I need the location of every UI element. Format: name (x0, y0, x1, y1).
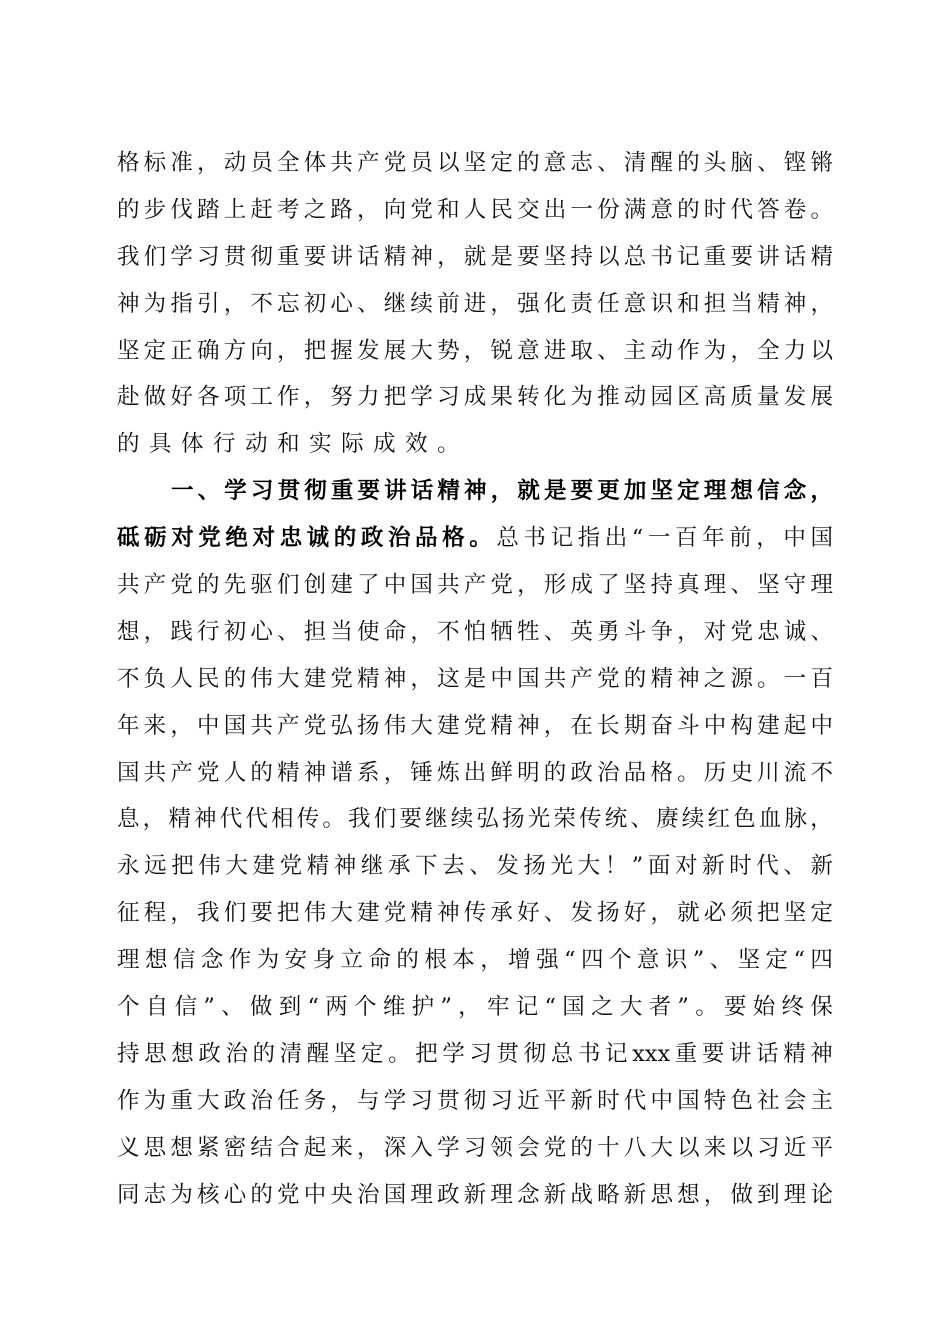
document-body: 格标准，动员全体共产党员以坚定的意志、清醒的头脑、铿锵 的步伐踏上赶考之路，向党… (117, 140, 833, 1218)
text-char: 醒 (307, 1031, 330, 1078)
text-char: 的 (250, 750, 273, 797)
text-char: 取 (570, 328, 593, 375)
text-char: 年 (702, 515, 725, 562)
text-char: 的 (117, 187, 140, 234)
text-char: 党 (304, 703, 327, 750)
text-char: 十 (597, 1125, 620, 1172)
text-char: 了 (597, 562, 620, 609)
text-char: 醒 (650, 140, 673, 187)
document-page: 格标准，动员全体共产党员以坚定的意志、清醒的头脑、铿锵 的步伐踏上赶考之路，向党… (0, 0, 950, 1344)
text-char: 流 (784, 750, 807, 797)
text-char: 上 (224, 187, 247, 234)
text-char: 政 (224, 1078, 247, 1125)
text-char: 前 (437, 281, 460, 328)
text-char: 识 (650, 281, 673, 328)
text-char: 力 (784, 328, 807, 375)
text-char: 重 (675, 1031, 698, 1078)
text-char: 我 (197, 890, 220, 937)
text-char: 同 (117, 1172, 140, 1219)
text-char: 指 (170, 281, 193, 328)
text-char: 续 (451, 796, 474, 843)
text-char: ， (491, 468, 514, 515)
text-char: 要 (399, 796, 422, 843)
text-char: 是 (544, 468, 567, 515)
text-char: 使 (357, 609, 380, 656)
text-char: 、 (198, 468, 221, 515)
text-char: 年 (117, 703, 140, 750)
text-char: 代 (730, 187, 753, 234)
text-char: 为 (170, 1172, 193, 1219)
text-char: 思 (144, 1031, 167, 1078)
text-char: 的 (624, 656, 647, 703)
text-char: 对 (704, 609, 727, 656)
text-char: 果 (490, 374, 513, 421)
text-char: 习 (197, 234, 220, 281)
text-char: 握 (330, 328, 353, 375)
text-char: 主 (810, 1078, 833, 1125)
text-char: 理 (117, 937, 140, 984)
text-char: 为 (257, 937, 280, 984)
text-char: 伟 (384, 703, 407, 750)
text-char: 更 (597, 468, 620, 515)
text-char: 指 (578, 515, 601, 562)
text-char: 是 (464, 656, 487, 703)
text-char: 铿 (784, 140, 807, 187)
text-char: 继 (384, 281, 407, 328)
text-char: 党 (597, 656, 620, 703)
text-char: 和 (677, 281, 700, 328)
text-char: 真 (677, 562, 700, 609)
text-line: 的具体行动和实际成效。 (117, 421, 833, 468)
text-char: 务 (304, 1078, 327, 1125)
text-char: 勇 (597, 609, 620, 656)
text-char: 与 (357, 1078, 380, 1125)
text-char: 近 (784, 1125, 807, 1172)
text-char: 责 (570, 281, 593, 328)
text-char: ， (330, 1078, 353, 1125)
text-char: 意 (650, 187, 673, 234)
text-char: 政 (198, 1031, 221, 1078)
text-char: 初 (304, 281, 327, 328)
text-char: 牲 (517, 609, 540, 656)
text-char: 一 (648, 515, 671, 562)
text-char: 政 (437, 1172, 460, 1219)
text-char: 绝 (225, 515, 248, 562)
text-char: ， (304, 374, 327, 421)
text-char: 理 (784, 1172, 807, 1219)
text-char: 答 (757, 187, 780, 234)
text-char: 大 (197, 1078, 220, 1125)
text-char: 国 (117, 750, 140, 797)
text-char: 讲 (729, 1031, 752, 1078)
text-char: 理 (490, 1172, 513, 1219)
text-char: 。 (469, 515, 492, 562)
text-char: 要 (571, 468, 594, 515)
text-char: ， (490, 281, 513, 328)
text-char: 来 (144, 703, 167, 750)
text-char: “ (632, 515, 644, 562)
text-char: 传 (297, 796, 320, 843)
text-char: 习 (437, 374, 460, 421)
text-char: 正 (170, 328, 193, 375)
text-char: 脑 (730, 140, 753, 187)
text-char: 征 (117, 890, 140, 937)
text-char: 时 (729, 843, 752, 890)
text-char: 任 (277, 1078, 300, 1125)
text-char: 卷 (784, 187, 807, 234)
text-char: 持 (117, 1031, 140, 1078)
text-char: 起 (304, 1125, 327, 1172)
text-char: 前 (729, 515, 752, 562)
text-char: 精 (357, 656, 380, 703)
text-char: 色 (730, 1078, 753, 1125)
text-char: 民 (197, 656, 220, 703)
text-char: 诚 (784, 609, 807, 656)
text-char: 行 (213, 421, 236, 468)
text-char: 四 (581, 937, 604, 984)
text-char: 体 (304, 140, 327, 187)
text-char: 中 (384, 562, 407, 609)
text-char: 学 (170, 234, 193, 281)
text-char: 根 (424, 937, 447, 984)
text-char: 想 (145, 937, 168, 984)
text-char: 效 (405, 421, 428, 468)
text-char: 想 (171, 1031, 194, 1078)
text-char: 动 (624, 374, 647, 421)
text-char: 弘 (476, 796, 499, 843)
text-char: 理 (410, 1172, 433, 1219)
text-char: “ (564, 937, 576, 984)
text-char: 出 (605, 515, 628, 562)
text-char: 锤 (410, 750, 433, 797)
text-char: 展 (810, 374, 833, 421)
text-line: 理想信念作为安身立命的根本，增强“四个意识”、坚定“四 (117, 937, 833, 984)
text-char: 英 (570, 609, 593, 656)
text-char: 密 (224, 1125, 247, 1172)
text-char: 成 (464, 374, 487, 421)
text-char: 把 (304, 328, 327, 375)
text-char: 意 (517, 328, 540, 375)
text-char: 、 (277, 609, 300, 656)
text-char: 神 (304, 750, 327, 797)
text-char: 就 (517, 468, 540, 515)
text-char: 工 (250, 374, 273, 421)
text-char: 砥 (117, 515, 140, 562)
text-char: 把 (171, 843, 194, 890)
text-char: 想 (677, 1172, 700, 1219)
text-char: 党 (384, 140, 407, 187)
text-char: 。 (322, 796, 345, 843)
text-char: 个 (354, 984, 377, 1031)
text-char: 荣 (553, 796, 576, 843)
text-char: ， (544, 703, 567, 750)
text-char: 党 (490, 562, 513, 609)
text-char: 记 (516, 984, 539, 1031)
text-char: 化 (544, 374, 567, 421)
text-char: 持 (650, 562, 673, 609)
text-char: 要 (517, 234, 540, 281)
text-char: 新 (570, 1078, 593, 1125)
text-char: 脉 (784, 796, 807, 843)
text-char: 党 (544, 1125, 567, 1172)
text-char: 做 (144, 374, 167, 421)
text-char: 作 (229, 937, 252, 984)
text-char: 实 (309, 421, 332, 468)
text-char: 志 (570, 140, 593, 187)
text-line: 共产党的先驱们创建了中国共产党，形成了坚持真理、坚守理 (117, 562, 833, 609)
text-char: 习 (251, 468, 274, 515)
text-char: 学 (437, 1125, 460, 1172)
text-char: 坚 (117, 328, 140, 375)
text-char: 、 (810, 609, 833, 656)
text-char: 初 (224, 609, 247, 656)
text-char: 话 (756, 1031, 779, 1078)
text-char: 息 (117, 796, 140, 843)
text-char: 者 (649, 984, 672, 1031)
text-char: 定 (144, 328, 167, 375)
text-char: 牺 (490, 609, 513, 656)
text-char: 神 (810, 1031, 833, 1078)
text-char: 特 (704, 1078, 727, 1125)
text-char: 学 (224, 468, 247, 515)
text-char: 不 (250, 281, 273, 328)
text-char: 向 (384, 187, 407, 234)
text-char: 先 (224, 562, 247, 609)
text-line: 想，践行初心、担当使命，不怕牺牲、英勇斗争，对党忠诚、 (117, 609, 833, 656)
text-char: 共 (250, 703, 273, 750)
text-char: 八 (624, 1125, 647, 1172)
text-char: 精 (650, 656, 673, 703)
text-char: 负 (144, 656, 167, 703)
text-char: 诚 (307, 515, 330, 562)
text-char: 党 (730, 609, 753, 656)
text-char: 赓 (656, 796, 679, 843)
text-char: 共 (544, 656, 567, 703)
text-char: 总 (496, 515, 519, 562)
text-char: 坚 (757, 562, 780, 609)
text-char: 坚 (334, 1031, 357, 1078)
text-char: 理 (704, 468, 727, 515)
text-char: 当 (330, 609, 353, 656)
text-char: 不 (437, 609, 460, 656)
text-char: 高 (704, 374, 727, 421)
text-char: 的 (334, 515, 357, 562)
text-char: 转 (517, 374, 540, 421)
text-char: 赴 (117, 374, 140, 421)
text-char: 统 (605, 796, 628, 843)
text-char: 的 (677, 140, 700, 187)
text-char: 、 (544, 609, 567, 656)
text-char: 形 (544, 562, 567, 609)
text-char: 永 (117, 843, 140, 890)
text-char: 扬 (357, 703, 380, 750)
text-char: 念 (517, 1172, 540, 1219)
text-char: 定 (677, 468, 700, 515)
text-char: 忠 (757, 609, 780, 656)
text-char: 构 (730, 703, 753, 750)
text-char: 党 (280, 843, 303, 890)
text-char: 精 (490, 703, 513, 750)
text-char: 员 (250, 140, 273, 187)
text-char: 党 (410, 187, 433, 234)
text-char: 史 (730, 750, 753, 797)
text-char: 。 (695, 984, 718, 1031)
text-char: 动 (245, 421, 268, 468)
text-char: ， (810, 468, 833, 515)
text-char: 神 (517, 703, 540, 750)
text-char: 产 (170, 750, 193, 797)
text-char: 好 (624, 890, 647, 937)
text-char: 确 (197, 328, 220, 375)
text-char: 新 (702, 843, 725, 890)
text-char: 作 (277, 374, 300, 421)
text-char: 就 (464, 234, 487, 281)
text-char: 坚 (544, 234, 567, 281)
text-char: 新 (810, 843, 833, 890)
text-char: ， (170, 703, 193, 750)
text-char: 政 (570, 750, 593, 797)
text-char: ， (458, 984, 481, 1031)
text-char: 人 (464, 187, 487, 234)
text-char: 成 (373, 421, 396, 468)
text-char: 安 (285, 937, 308, 984)
text-char: 行 (197, 609, 220, 656)
text-char: 深 (384, 1125, 407, 1172)
text-char: 作 (677, 328, 700, 375)
text-char: ， (650, 890, 673, 937)
text-char: 强 (517, 281, 540, 328)
text-char: 强 (536, 937, 559, 984)
text-char: 神 (410, 234, 433, 281)
text-char: 神 (437, 890, 460, 937)
text-char: 品 (415, 515, 438, 562)
text-char: 的 (677, 187, 700, 234)
text-char: 的 (570, 1125, 593, 1172)
text-char: ” (677, 984, 689, 1031)
text-char: 伟 (250, 656, 273, 703)
text-char: 忘 (277, 281, 300, 328)
text-char: 对 (675, 843, 698, 890)
text-char: 义 (117, 1125, 140, 1172)
text-char: 政 (361, 515, 384, 562)
text-line: 赴做好各项工作，努力把学习成果转化为推动园区高质量发展 (117, 374, 833, 421)
text-char: 我 (348, 796, 371, 843)
text-char: 程 (144, 890, 167, 937)
text-char: ， (480, 937, 503, 984)
text-char: 平 (810, 1125, 833, 1172)
text-char: 鲜 (490, 750, 513, 797)
text-line: 年来，中国共产党弘扬伟大建党精神，在长期奋斗中构建起中 (117, 703, 833, 750)
text-char: 治 (250, 1078, 273, 1125)
text-char: 中 (304, 1172, 327, 1219)
text-char: 中 (197, 703, 220, 750)
text-char: 伐 (170, 187, 193, 234)
text-char: 、 (630, 796, 653, 843)
text-char: 们 (144, 234, 167, 281)
text-char: 治 (357, 1172, 380, 1219)
text-char: 奋 (650, 703, 673, 750)
text-char: 代 (624, 1078, 647, 1125)
text-char: 赶 (250, 187, 273, 234)
text-char: 会 (784, 1078, 807, 1125)
text-char: 党 (330, 656, 353, 703)
text-char: 想 (170, 1125, 193, 1172)
text-char: 共 (330, 140, 353, 187)
text-char: 红 (707, 796, 730, 843)
text-char: 量 (757, 374, 780, 421)
text-char: 。 (437, 421, 460, 468)
text-char: 中 (783, 515, 806, 562)
text-line: 的步伐踏上赶考之路，向党和人民交出一份满意的时代答卷。 (117, 187, 833, 234)
text-char: 意 (637, 937, 660, 984)
text-char: ， (357, 1125, 380, 1172)
text-char: 中 (704, 703, 727, 750)
text-char: 信 (175, 984, 198, 1031)
text-char: 国 (410, 562, 433, 609)
text-char: 党 (198, 515, 221, 562)
text-char: 大 (225, 843, 248, 890)
text-line: 作为重大政治任务，与学习贯彻习近平新时代中国特色社会主 (117, 1078, 833, 1125)
text-char: 作 (117, 1078, 140, 1125)
text-char: 血 (759, 796, 782, 843)
text-char: 近 (517, 1078, 540, 1125)
text-char: 治 (597, 750, 620, 797)
text-char: 当 (730, 281, 753, 328)
text-char: “ (307, 984, 319, 1031)
text-char: 做 (250, 984, 273, 1031)
text-char: 志 (144, 1172, 167, 1219)
text-char: ” (632, 843, 644, 890)
text-char: 全 (757, 328, 780, 375)
text-char: 传 (579, 796, 602, 843)
text-char: 会 (517, 1125, 540, 1172)
text-char: 本 (452, 937, 475, 984)
text-char: 体 (181, 421, 204, 468)
text-char: 忠 (280, 515, 303, 562)
text-char: 承 (490, 890, 513, 937)
text-char: 扬 (523, 843, 546, 890)
text-char: 话 (784, 234, 807, 281)
text-char: 彻 (464, 1078, 487, 1125)
text-char: 。 (388, 1031, 411, 1078)
text-char: 和 (277, 421, 300, 468)
text-char: 把 (384, 374, 407, 421)
text-char: 进 (544, 328, 567, 375)
text-char: 以 (730, 1125, 753, 1172)
text-char: 发 (496, 843, 519, 890)
text-char: 大 (330, 890, 353, 937)
text-char: 大 (620, 984, 643, 1031)
text-char: 长 (597, 703, 620, 750)
text-char: 贯 (497, 1031, 520, 1078)
text-char: 和 (437, 187, 460, 234)
text-char: 个 (117, 984, 140, 1031)
text-char: 中 (650, 1078, 673, 1125)
text-char: ， (357, 187, 380, 234)
text-char: 重 (170, 1078, 193, 1125)
text-char: 进 (464, 281, 487, 328)
text-char: 的 (396, 937, 419, 984)
text-char: 习 (490, 1078, 513, 1125)
text-char: 路 (330, 187, 353, 234)
text-char: 产 (357, 140, 380, 187)
text-line: 息，精神代代相传。我们要继续弘扬光荣传统、赓续红色血脉， (117, 796, 833, 843)
text-char: 化 (544, 281, 567, 328)
text-char: 们 (277, 562, 300, 609)
text-char: 产 (144, 562, 167, 609)
text-char: 扬 (502, 796, 525, 843)
text-char: 彻 (250, 234, 273, 281)
